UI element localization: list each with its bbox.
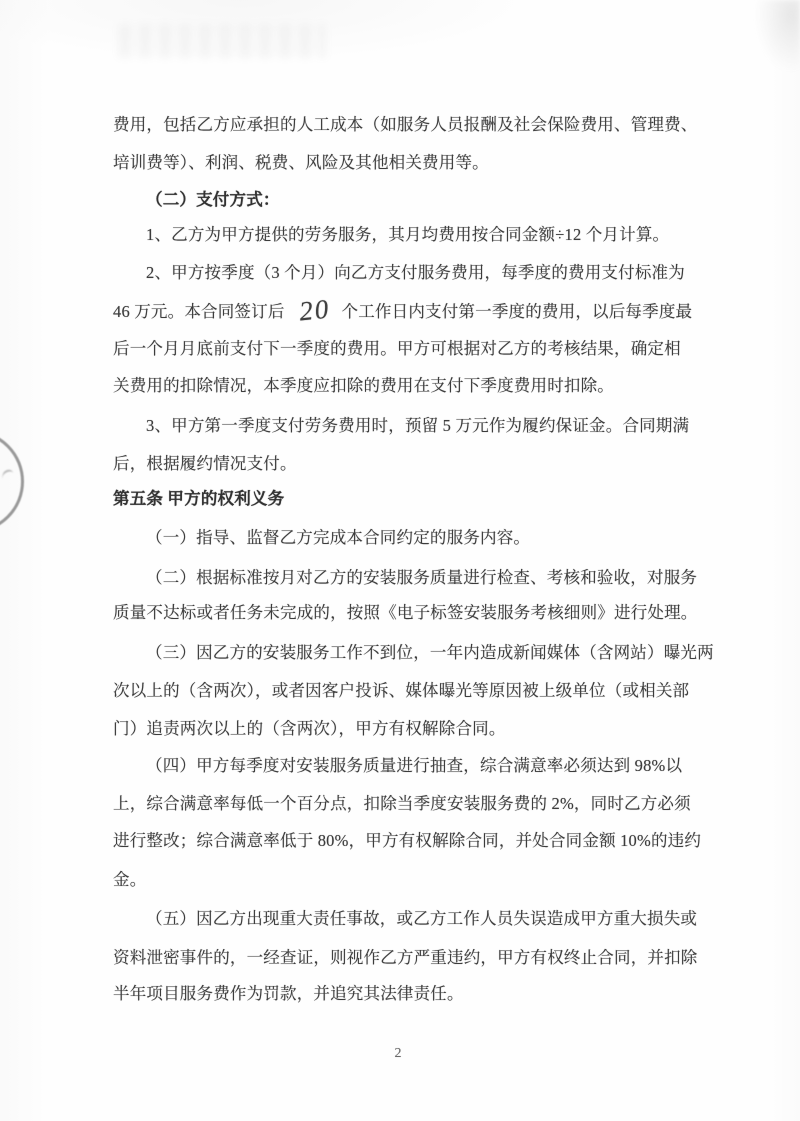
contract-line: 资料泄密事件的，一经查证，则视作乙方严重违约，甲方有权终止合同，并扣除 [113,946,753,970]
contract-line: （五）因乙方出现重大责任事故，或乙方工作人员失误造成甲方重大损失或 [146,907,786,931]
contract-line: 2、甲方按季度（3 个月）向乙方支付服务费用，每季度的费用支付标准为 [146,261,786,285]
handwritten-days-value: 20 [298,298,331,321]
contract-line: （一）指导、监督乙方完成本合同约定的服务内容。 [146,526,786,550]
page-number: 2 [0,1046,796,1062]
section-subheading-payment-method: （二）支付方式： [146,188,786,212]
contract-line: 半年项目服务费作为罚款，并追究其法律责任。 [113,982,753,1006]
contract-line: （四）甲方每季度对安装服务质量进行抽查，综合满意率必须达到 98%以 [146,754,786,778]
contract-line-with-handwriting: 46 万元。本合同签订后20个工作日内支付第一季度的费用，以后每季度最 [113,298,753,324]
contract-line: 培训费等）、利润、税费、风险及其他相关费用等。 [113,151,753,175]
line-text-before-blank: 46 万元。本合同签订后 [113,302,285,321]
contract-line: 门）追责两次以上的（含两次），甲方有权解除合同。 [113,717,753,741]
contract-line: （二）根据标准按月对乙方的安装服务质量进行检查、考核和验收，对服务 [146,566,786,590]
article-5-heading: 第五条 甲方的权利义务 [113,487,753,511]
contract-line: 进行整改；综合满意率低于 80%，甲方有权解除合同，并处合同金额 10%的违约 [113,829,753,853]
scan-corner-smudge [754,0,800,72]
contract-line: 1、乙方为甲方提供的劳务服务，其月均费用按合同金额÷12 个月计算。 [146,223,786,247]
scan-bleed-through-ghost-text [118,24,326,58]
contract-line: 后，根据履约情况支付。 [113,452,753,476]
contract-line: 上，综合满意率每低一个百分点，扣除当季度安装服务费的 2%，同时乙方必须 [113,792,753,816]
contract-line: 关费用的扣除情况，本季度应扣除的费用在支付下季度费用时扣除。 [113,374,753,398]
contract-line: 3、甲方第一季度支付劳务费用时，预留 5 万元作为履约保证金。合同期满 [146,414,786,438]
contract-line: （三）因乙方的安装服务工作不到位，一年内造成新闻媒体（含网站）曝光两 [146,641,786,665]
document-page: 费用，包括乙方应承担的人工成本（如服务人员报酬及社会保险费用、管理费、 培训费等… [0,0,800,1121]
contract-line: 次以上的（含两次），或者因客户投诉、媒体曝光等原因被上级单位（或相关部 [113,679,753,703]
line-text-after-blank: 个工作日内支付第一季度的费用，以后每季度最 [342,302,693,321]
contract-line: 后一个月月底前支付下一季度的费用。甲方可根据对乙方的考核结果，确定相 [113,337,753,361]
contract-line: 费用，包括乙方应承担的人工成本（如服务人员报酬及社会保险费用、管理费、 [113,113,753,137]
contract-line: 质量不达标或者任务未完成的，按照《电子标签安装服务考核细则》进行处理。 [113,601,753,625]
contract-line: 金。 [113,868,753,892]
